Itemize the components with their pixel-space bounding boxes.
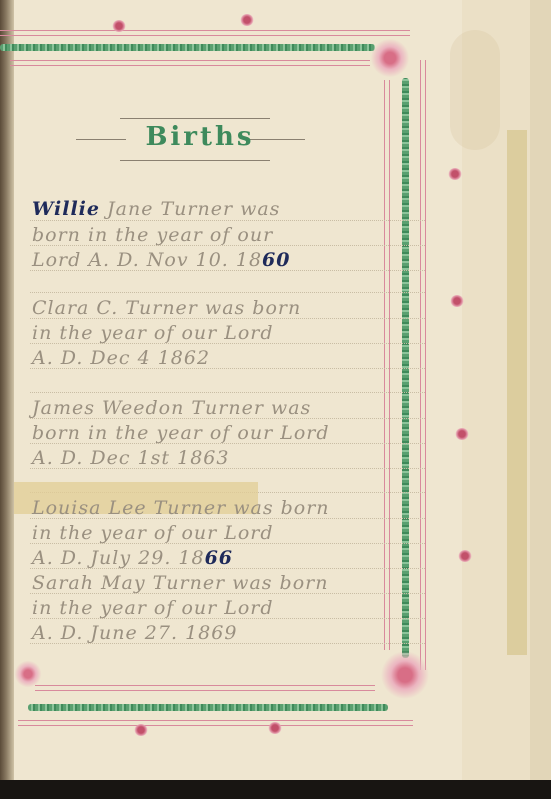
entry-line: born in the year of our [32, 224, 273, 246]
entry-line: Clara C. Turner was born [32, 297, 301, 319]
border-right-outer-pink [420, 60, 426, 670]
ruled-line [30, 220, 425, 221]
border-bottom-inner-pink [35, 685, 375, 691]
water-stain [450, 30, 500, 150]
rosette-ornament [455, 428, 469, 440]
register-page: Births Willie Jane Turner was born in th… [0, 0, 551, 780]
book-spine [0, 0, 14, 780]
entry-line: A. D. June 27. 1869 [32, 622, 237, 644]
rosette-ornament [268, 722, 282, 734]
rosette-ornament [458, 550, 472, 562]
ruled-line [30, 292, 425, 293]
corner-ornament-top-right [370, 38, 410, 78]
entry-line: A. D. Dec 1st 1863 [32, 447, 229, 469]
entry-line: Louisa Lee Turner was born [32, 497, 330, 519]
rosette-ornament [450, 295, 464, 307]
scan-background [0, 780, 551, 799]
border-bottom-green [28, 704, 388, 711]
rosette-ornament [112, 20, 126, 32]
corner-ornament-bottom-left [14, 660, 42, 688]
corner-ornament-bottom-right [380, 650, 430, 700]
entry-line: in the year of our Lord [32, 597, 274, 619]
entry-line: Willie Jane Turner was [32, 198, 280, 220]
heading-flourish [120, 118, 270, 119]
entry-line: in the year of our Lord [32, 522, 274, 544]
ink-year: 66 [205, 547, 233, 569]
tape-strip-right [507, 130, 527, 655]
rosette-ornament [240, 14, 254, 26]
page-edge [530, 0, 551, 780]
rosette-ornament [134, 724, 148, 736]
pencil-text: Jane Turner was [100, 198, 280, 220]
entry-line: A. D. Dec 4 1862 [32, 347, 210, 369]
border-top-green [0, 44, 375, 51]
entry-line: Lord A. D. Nov 10. 1860 [32, 249, 291, 271]
entry-line: Sarah May Turner was born [32, 572, 328, 594]
entry-line: in the year of our Lord [32, 322, 274, 344]
rosette-ornament [448, 168, 462, 180]
border-top-outer-pink [0, 30, 410, 36]
ink-year: 60 [262, 249, 290, 271]
entry-line: born in the year of our Lord [32, 422, 330, 444]
page-heading: Births [0, 122, 400, 152]
entry-line: A. D. July 29. 1866 [32, 547, 233, 569]
entry-line: James Weedon Turner was [32, 397, 311, 419]
border-top-inner-pink [10, 60, 370, 66]
heading-flourish [120, 160, 270, 161]
ruled-line [30, 392, 425, 393]
border-bottom-outer-pink [18, 720, 413, 726]
border-right-inner-pink [384, 80, 390, 650]
pencil-text: A. D. July 29. 18 [32, 547, 205, 569]
ink-name: Willie [32, 198, 100, 220]
pencil-text: Lord A. D. Nov 10. 18 [32, 249, 262, 271]
